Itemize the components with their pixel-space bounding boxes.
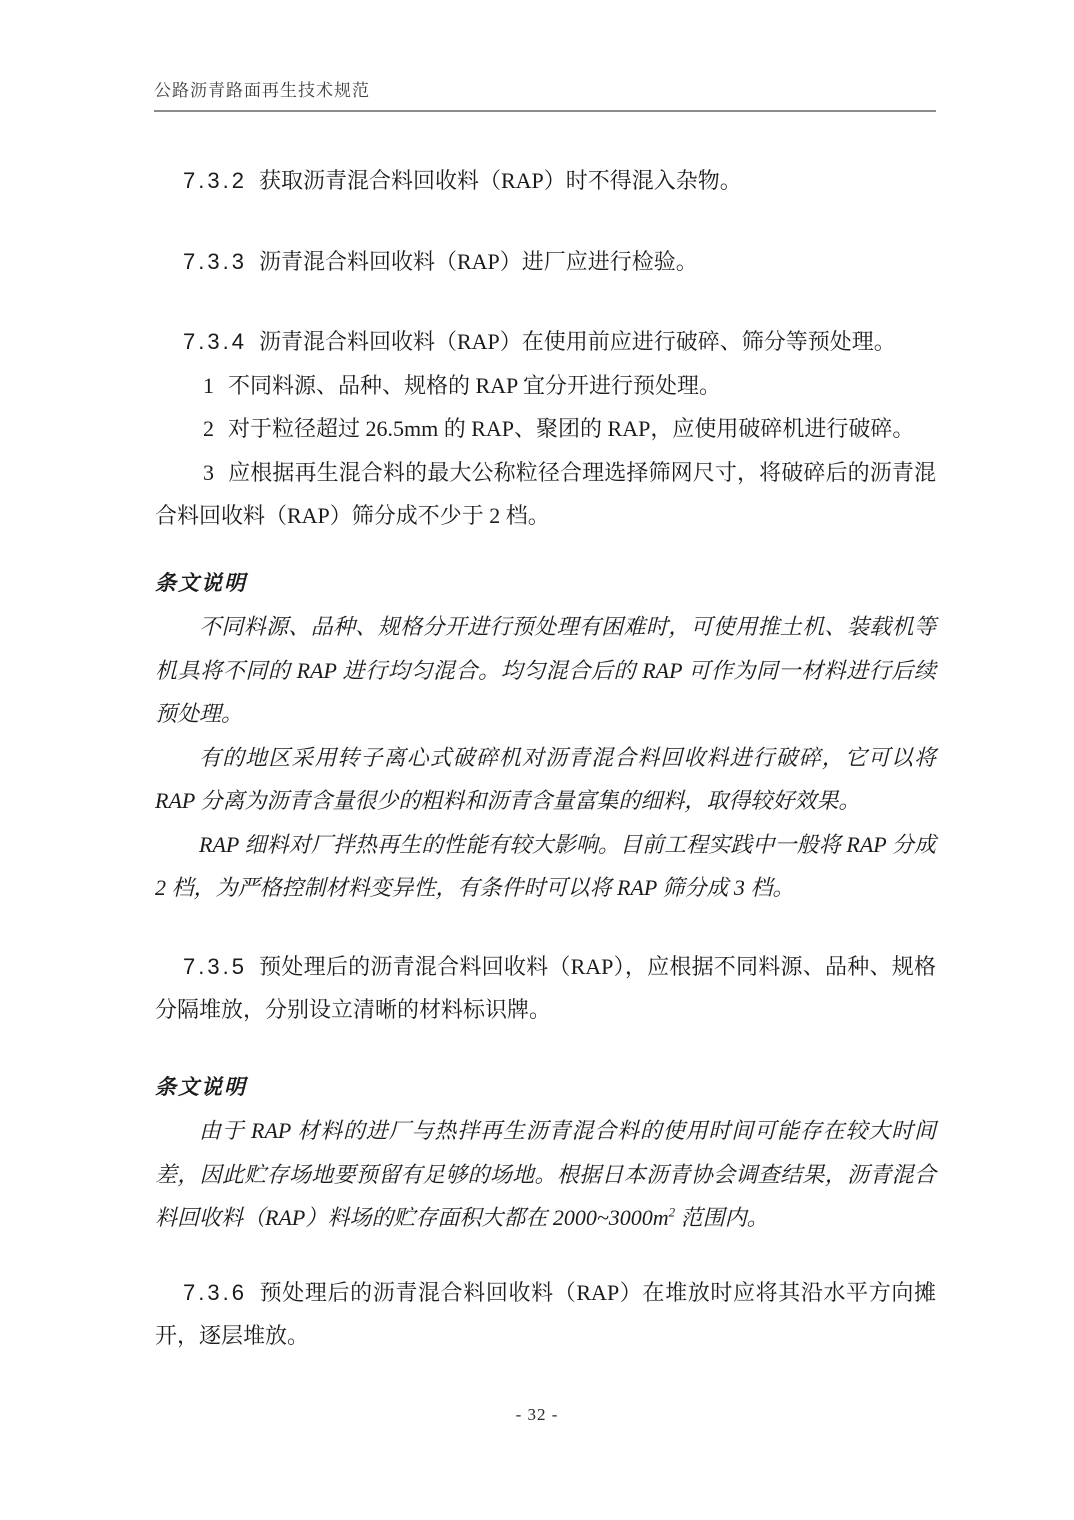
document-page: 公路沥青路面再生技术规范 7.3.2获取沥青混合料回收料（RAP）时不得混入杂物… <box>0 0 1074 1520</box>
clause-text: 沥青混合料回收料（RAP）进厂应进行检验。 <box>259 249 698 274</box>
clause-7-3-2: 7.3.2获取沥青混合料回收料（RAP）时不得混入杂物。 <box>155 159 936 203</box>
clause-text: 获取沥青混合料回收料（RAP）时不得混入杂物。 <box>259 168 742 193</box>
commentary-paragraph: RAP 细料对厂拌热再生的性能有较大影响。目前工程实践中一般将 RAP 分成 2… <box>155 823 936 910</box>
commentary-text: 由于 RAP 材料的进厂与热拌再生沥青混合料的使用时间可能存在较大时间差，因此贮… <box>155 1118 936 1230</box>
item-text: 应根据再生混合料的最大公称粒径合理选择筛网尺寸，将破碎后的沥青混合料回收料（RA… <box>155 460 936 529</box>
clause-text: 预处理后的沥青混合料回收料（RAP），应根据不同料源、品种、规格分隔堆放，分别设… <box>155 954 936 1023</box>
page-footer: - 32 - <box>0 1405 1074 1425</box>
item-text: 不同料源、品种、规格的 RAP 宜分开进行预处理。 <box>228 373 721 398</box>
clause-number: 7.3.3 <box>183 249 247 274</box>
item-number: 1 <box>203 373 214 398</box>
clause-number: 7.3.2 <box>183 168 247 193</box>
commentary-paragraph: 不同料源、品种、规格分开进行预处理有困难时，可使用推土机、装载机等机具将不同的 … <box>155 605 936 736</box>
commentary-paragraph: 由于 RAP 材料的进厂与热拌再生沥青混合料的使用时间可能存在较大时间差，因此贮… <box>155 1109 936 1240</box>
item-number: 2 <box>203 416 214 441</box>
commentary-label: 条文说明 <box>155 562 936 606</box>
item-number: 3 <box>203 460 214 485</box>
clause-text: 预处理后的沥青混合料回收料（RAP）在堆放时应将其沿水平方向摊开，逐层堆放。 <box>155 1280 936 1349</box>
clause-7-3-4-item-3: 3应根据再生混合料的最大公称粒径合理选择筛网尺寸，将破碎后的沥青混合料回收料（R… <box>155 451 936 538</box>
item-text: 对于粒径超过 26.5mm 的 RAP、聚团的 RAP，应使用破碎机进行破碎。 <box>228 416 914 441</box>
clause-number: 7.3.6 <box>183 1280 247 1305</box>
clause-7-3-4: 7.3.4沥青混合料回收料（RAP）在使用前应进行破碎、筛分等预处理。 <box>155 320 936 364</box>
clause-7-3-6: 7.3.6预处理后的沥青混合料回收料（RAP）在堆放时应将其沿水平方向摊开，逐层… <box>155 1271 936 1358</box>
document-content: 7.3.2获取沥青混合料回收料（RAP）时不得混入杂物。 7.3.3沥青混合料回… <box>155 148 936 1358</box>
commentary-paragraph: 有的地区采用转子离心式破碎机对沥青混合料回收料进行破碎，它可以将 RAP 分离为… <box>155 736 936 823</box>
clause-number: 7.3.4 <box>183 329 247 354</box>
header-title: 公路沥青路面再生技术规范 <box>154 81 370 100</box>
clause-7-3-5: 7.3.5预处理后的沥青混合料回收料（RAP），应根据不同料源、品种、规格分隔堆… <box>155 945 936 1032</box>
clause-7-3-3: 7.3.3沥青混合料回收料（RAP）进厂应进行检验。 <box>155 240 936 284</box>
commentary-label: 条文说明 <box>155 1066 936 1110</box>
clause-7-3-4-item-2: 2对于粒径超过 26.5mm 的 RAP、聚团的 RAP，应使用破碎机进行破碎。 <box>155 407 936 451</box>
commentary-text: 范围内。 <box>675 1205 769 1230</box>
clause-7-3-4-item-1: 1不同料源、品种、规格的 RAP 宜分开进行预处理。 <box>155 364 936 408</box>
page-number: - 32 - <box>516 1405 559 1424</box>
page-header: 公路沥青路面再生技术规范 <box>154 76 936 112</box>
clause-number: 7.3.5 <box>183 954 247 979</box>
clause-text: 沥青混合料回收料（RAP）在使用前应进行破碎、筛分等预处理。 <box>259 329 896 354</box>
